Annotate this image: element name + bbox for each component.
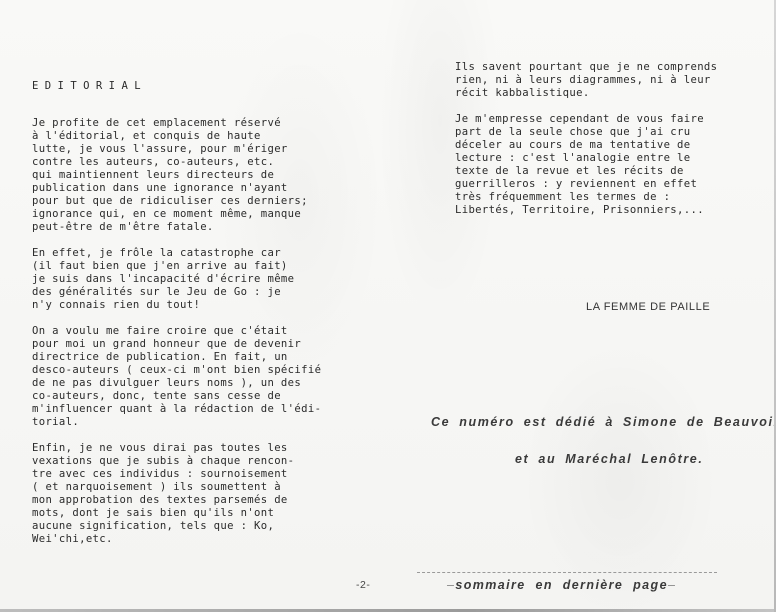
editorial-paragraph-4: Enfin, je ne vous dirai pas toutes les v… [32, 442, 372, 546]
footer-note-text: sommaire en dernière page [455, 578, 668, 592]
footer-note: –sommaire en dernière page– [447, 578, 676, 592]
editorial-paragraph-5: Ils savent pourtant que je ne comprends … [455, 61, 775, 100]
footer-dash-right: – [668, 578, 676, 592]
editorial-paragraph-1: Je profite de cet emplacement réservé à … [32, 117, 372, 234]
dedication-line-2: et au Maréchal Lenôtre. [515, 452, 703, 466]
author-signature: LA FEMME DE PAILLE [586, 301, 710, 313]
page-number: -2- [356, 579, 370, 591]
editorial-paragraph-3: On a voulu me faire croire que c'était p… [32, 325, 372, 429]
dashed-divider [417, 572, 717, 573]
editorial-column: EDITORIAL Je profite de cet emplacement … [32, 80, 372, 559]
editorial-paragraph-2: En effet, je frôle la catastrophe car (i… [32, 247, 372, 312]
scanned-page: EDITORIAL Je profite de cet emplacement … [0, 0, 776, 612]
dedication-line-1: Ce numéro est dédié à Simone de Beauvoir [431, 415, 776, 429]
editorial-heading: EDITORIAL [32, 80, 372, 93]
editorial-continued-column: Ils savent pourtant que je ne comprends … [455, 61, 775, 230]
editorial-paragraph-6: Je m'empresse cependant de vous faire pa… [455, 113, 775, 217]
